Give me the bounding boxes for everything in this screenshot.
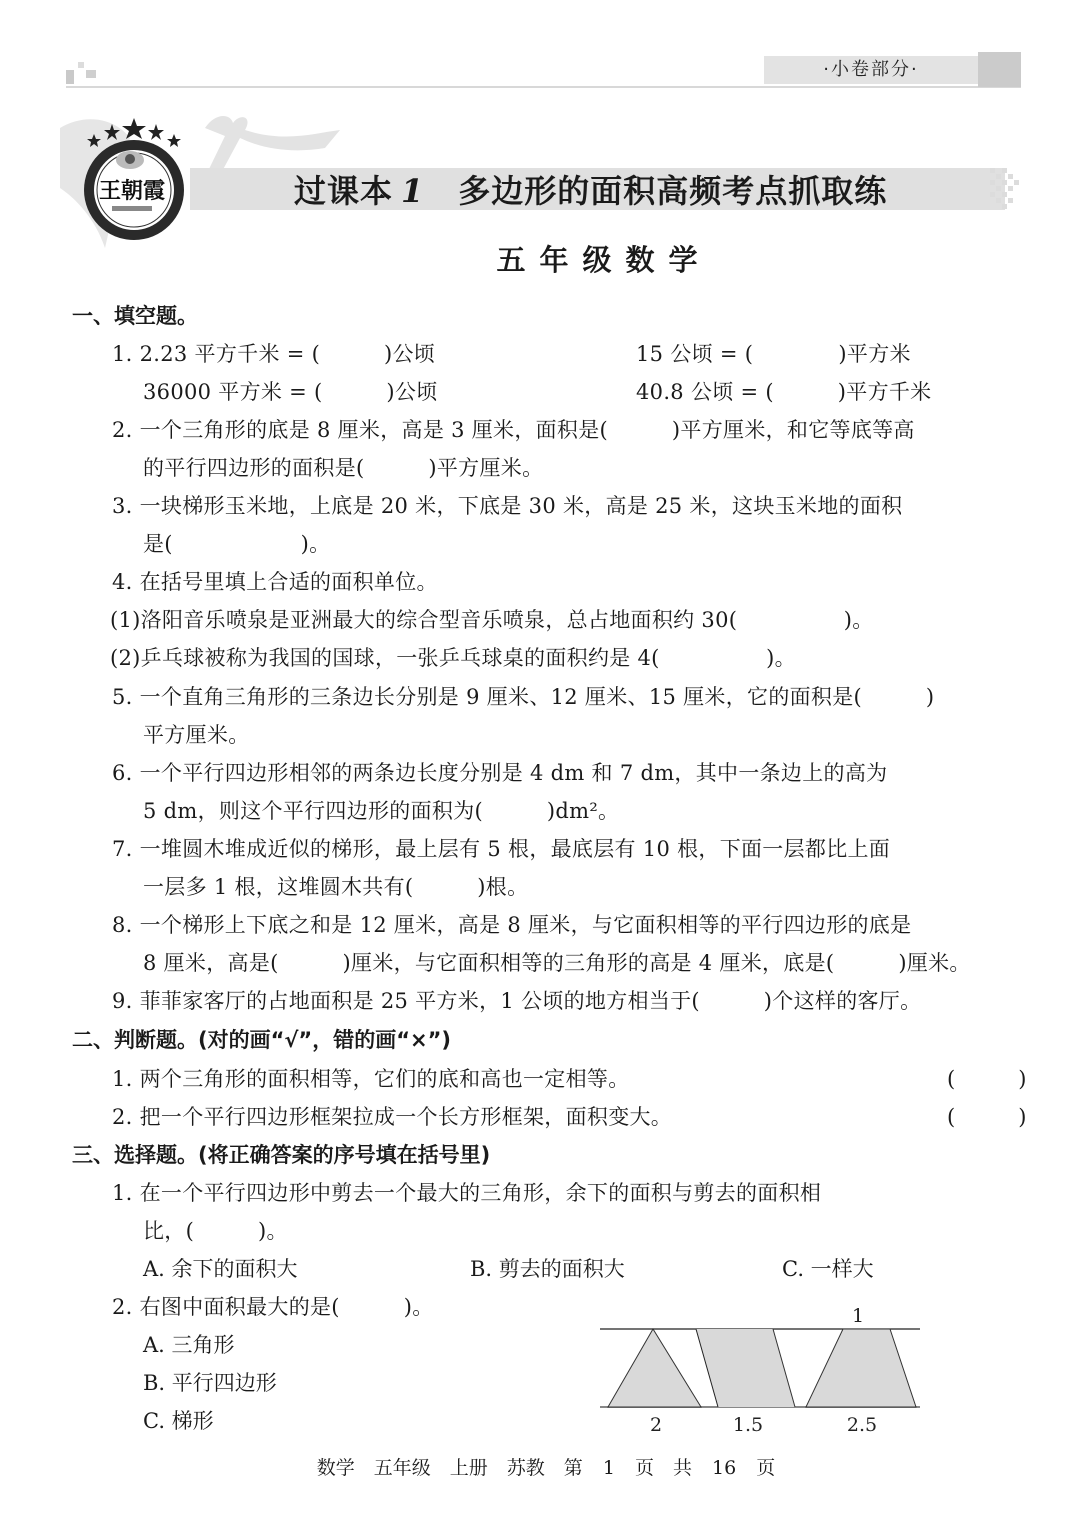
question-line: 比，( )。 [143,1215,288,1245]
svg-text:2.5: 2.5 [847,1414,877,1436]
question-line: 36000 平方米 = ( )公顷 [143,376,438,406]
section-tab-label: ·小卷部分· [764,56,978,84]
section-heading: 三、选择题。(将正确答案的序号填在括号里) [72,1139,490,1169]
answer-box[interactable]: ( ) [947,1101,1026,1131]
section-heading: 二、判断题。(对的画“√”，错的画“×”) [72,1024,451,1054]
option-b[interactable]: B. 平行四边形 [143,1367,277,1397]
question-line: 1. 两个三角形的面积相等，它们的底和高也一定相等。 [112,1063,630,1093]
option-a[interactable]: A. 余下的面积大 [143,1253,298,1283]
title-main: 多边形的面积高频考点抓取练 [458,172,887,210]
svg-text:王朝霞: 王朝霞 [99,178,165,204]
question-line: 5. 一个直角三角形的三条边长分别是 9 厘米、12 厘米、15 厘米，它的面积… [112,681,934,711]
question-line: 1. 2.23 平方千米 = ( )公顷 [112,338,435,368]
question-line: 8 厘米，高是( )厘米，与它面积相等的三角形的高是 4 厘米，底是( )厘米。 [143,947,971,977]
title-number: 1 [401,172,424,210]
title-prefix: 过课本 [294,172,393,210]
option-a[interactable]: A. 三角形 [143,1329,235,1359]
corner-decoration [86,70,96,78]
corner-decoration [66,70,74,84]
section-heading: 一、填空题。 [72,300,198,330]
question-line: 一层多 1 根，这堆圆木共有( )根。 [143,871,528,901]
question-line: 6. 一个平行四边形相邻的两条边长度分别是 4 dm 和 7 dm，其中一条边上… [112,757,887,787]
question-line: 8. 一个梯形上下底之和是 12 厘米，高是 8 厘米，与它面积相等的平行四边形… [112,909,911,939]
parallelogram-shape [696,1329,795,1407]
answer-box[interactable]: ( ) [947,1063,1026,1093]
checker-decoration-icon [988,166,1024,212]
question-line: 的平行四边形的面积是( )平方厘米。 [143,452,543,482]
svg-text:2: 2 [650,1414,662,1436]
question-line: (1)洛阳音乐喷泉是亚洲最大的综合型音乐喷泉，总占地面积约 30( )。 [110,604,874,634]
section-tab-block [978,52,1021,87]
question-line: 2. 右图中面积最大的是( )。 [112,1291,434,1321]
trapezoid-shape [806,1329,916,1407]
shapes-figure: 1 2 1.5 2.5 [598,1300,923,1440]
question-line: (2)乒乓球被称为我国的国球，一张乒乓球桌的面积约是 4( )。 [110,642,796,672]
triangle-shape [608,1329,701,1407]
question-line: 9. 菲菲家客厅的占地面积是 25 平方米，1 公顷的地方相当于( )个这样的客… [112,985,921,1015]
option-c[interactable]: C. 一样大 [782,1253,874,1283]
question-line: 1. 在一个平行四边形中剪去一个最大的三角形，余下的面积与剪去的面积相 [112,1177,821,1207]
corner-decoration [78,62,84,68]
option-c[interactable]: C. 梯形 [143,1405,214,1435]
question-line: 是( )。 [143,528,330,558]
question-line: 2. 把一个平行四边形框架拉成一个长方形框架，面积变大。 [112,1101,672,1131]
question-line: 15 公顷 = ( )平方米 [636,338,911,368]
question-line: 4. 在括号里填上合适的面积单位。 [112,566,438,596]
question-line: 2. 一个三角形的底是 8 厘米，高是 3 厘米，面积是( )平方厘米，和它等底… [112,414,915,444]
option-b[interactable]: B. 剪去的面积大 [470,1253,625,1283]
page-subtitle: 五年级数学 [0,238,1092,279]
header-rule [66,86,1021,88]
question-line: 7. 一堆圆木堆成近似的梯形，最上层有 5 根，最底层有 10 根，下面一层都比… [112,833,890,863]
question-line: 40.8 公顷 = ( )平方千米 [636,376,931,406]
badge-logo-icon: 王朝霞 [78,118,190,243]
question-line: 平方厘米。 [143,719,250,749]
question-line: 5 dm，则这个平行四边形的面积为( )dm²。 [143,795,619,825]
question-line: 3. 一块梯形玉米地，上底是 20 米，下底是 30 米，高是 25 米，这块玉… [112,490,902,520]
page-footer: 数学 五年级 上册 苏教 第 1 页 共 16 页 [0,1453,1092,1480]
page-title: 过课本1多边形的面积高频考点抓取练 [294,166,887,212]
svg-text:1.5: 1.5 [733,1414,763,1436]
svg-text:1: 1 [852,1305,864,1327]
